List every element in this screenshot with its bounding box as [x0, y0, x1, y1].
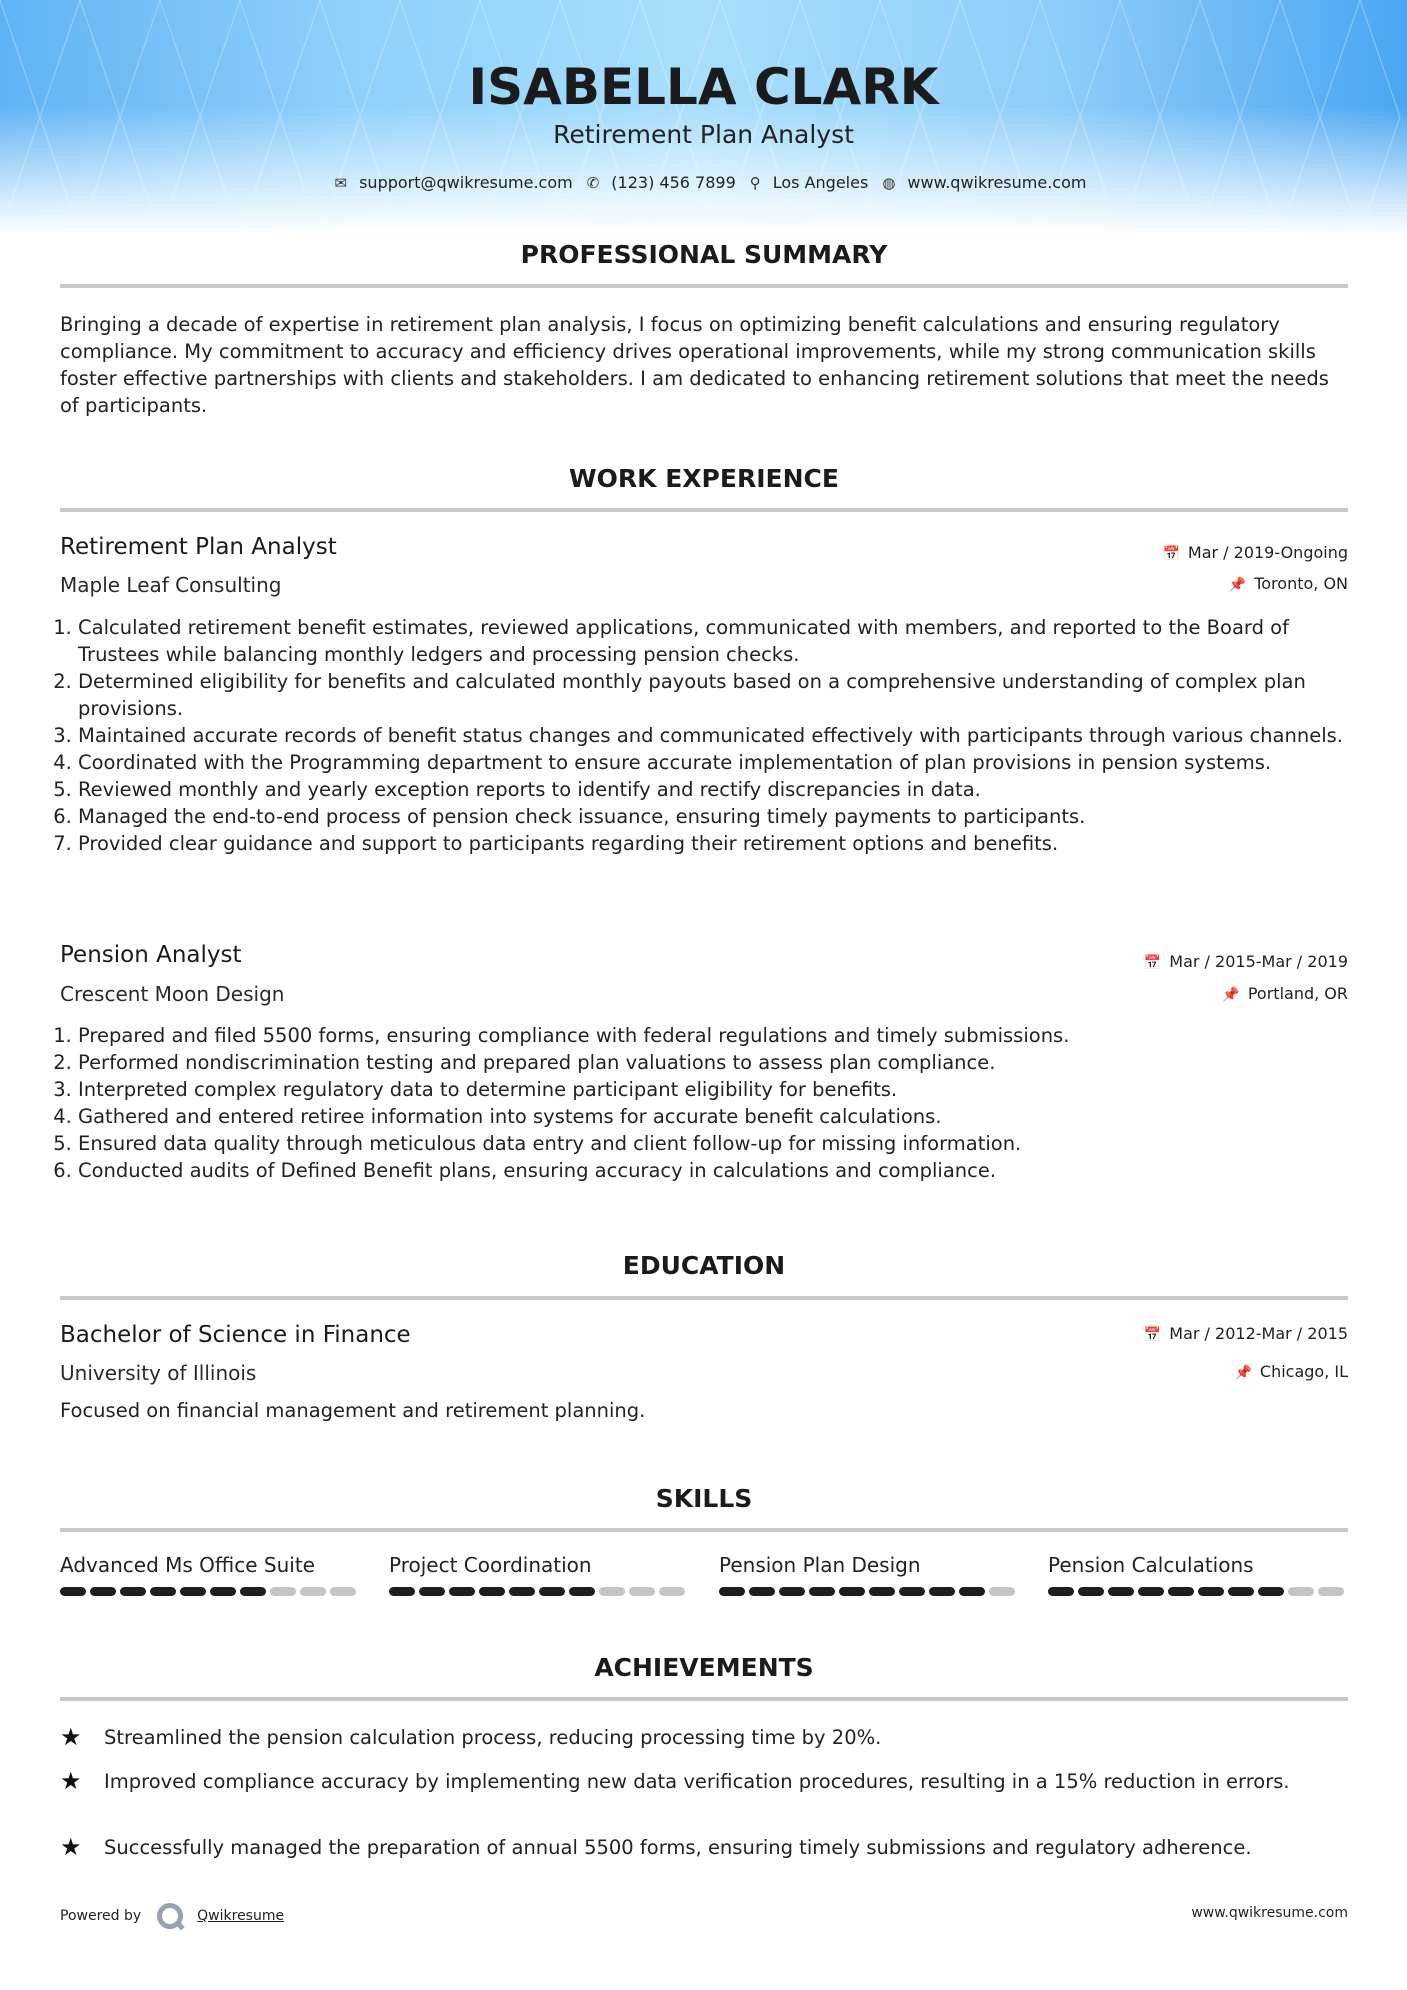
header-background: [0, 0, 1407, 235]
powered-by-label: Powered by: [60, 1908, 141, 1924]
job-dates: 📅Mar / 2015-Mar / 2019: [1144, 952, 1348, 971]
list-item: Maintained accurate records of benefit s…: [78, 722, 1368, 749]
skill-level-segment: [1168, 1587, 1194, 1596]
job-dates-text: Mar / 2019-Ongoing: [1188, 543, 1348, 562]
job-location: 📌Portland, OR: [1222, 984, 1348, 1003]
skill-level-segment: [599, 1587, 625, 1596]
degree-title: Bachelor of Science in Finance: [60, 1322, 411, 1348]
calendar-icon: 📅: [1144, 1327, 1161, 1343]
skill-level-segment: [120, 1587, 146, 1596]
achievement-text: Improved compliance accuracy by implemen…: [104, 1768, 1290, 1795]
skill-level-segment: [1198, 1587, 1224, 1596]
list-item: Reviewed monthly and yearly exception re…: [78, 776, 1368, 803]
skill-level-segment: [300, 1587, 326, 1596]
job-company: Crescent Moon Design: [60, 982, 284, 1006]
pushpin-icon: 📌: [1222, 987, 1239, 1003]
section-heading-skills: SKILLS: [60, 1484, 1348, 1513]
qwikresume-logo-icon: [157, 1903, 183, 1929]
education-location-text: Chicago, IL: [1260, 1362, 1348, 1381]
skill-level-segment: [839, 1587, 865, 1596]
list-item: Gathered and entered retiree information…: [78, 1103, 1368, 1130]
skill-level-segment: [1108, 1587, 1134, 1596]
skill-level-segment: [539, 1587, 565, 1596]
education-dates: 📅Mar / 2012-Mar / 2015: [1144, 1324, 1348, 1343]
job-bullets: Prepared and filed 5500 forms, ensuring …: [60, 1022, 1368, 1184]
education-dates-text: Mar / 2012-Mar / 2015: [1169, 1324, 1348, 1343]
calendar-icon: 📅: [1162, 546, 1179, 562]
section-divider: [60, 508, 1348, 512]
achievement-item: ★Streamlined the pension calculation pro…: [60, 1724, 1350, 1751]
summary-text: Bringing a decade of expertise in retire…: [60, 311, 1350, 419]
education-description: Focused on financial management and reti…: [60, 1397, 1350, 1424]
skill-name: Pension Plan Design: [719, 1553, 1019, 1577]
skill-level-segment: [719, 1587, 745, 1596]
skill-item: Advanced Ms Office Suite: [60, 1553, 360, 1596]
list-item: Managed the end-to-end process of pensio…: [78, 803, 1368, 830]
job-title: Pension Analyst: [60, 942, 242, 968]
job-location-text: Portland, OR: [1248, 984, 1348, 1003]
education-location: 📌Chicago, IL: [1234, 1362, 1348, 1381]
calendar-icon: 📅: [1144, 955, 1161, 971]
list-item: Provided clear guidance and support to p…: [78, 830, 1368, 857]
achievement-item: ★Improved compliance accuracy by impleme…: [60, 1768, 1350, 1795]
list-item: Prepared and filed 5500 forms, ensuring …: [78, 1022, 1368, 1049]
pushpin-icon: 📌: [1229, 577, 1246, 593]
skill-level-segment: [1228, 1587, 1254, 1596]
list-item: Calculated retirement benefit estimates,…: [78, 614, 1368, 668]
star-icon: ★: [60, 1724, 104, 1751]
job-title: Retirement Plan Analyst: [60, 534, 337, 560]
list-item: Ensured data quality through meticulous …: [78, 1130, 1368, 1157]
footer-powered-by: Powered by Qwikresume: [60, 1903, 284, 1929]
job-company: Maple Leaf Consulting: [60, 573, 281, 597]
contact-location: Los Angeles: [773, 173, 869, 192]
job-bullets: Calculated retirement benefit estimates,…: [60, 614, 1368, 857]
contact-website[interactable]: www.qwikresume.com: [907, 173, 1086, 192]
skill-level-segment: [629, 1587, 655, 1596]
skill-level-segment: [240, 1587, 266, 1596]
skill-level-segment: [449, 1587, 475, 1596]
globe-icon: ◍: [882, 174, 895, 192]
skill-level-segment: [929, 1587, 955, 1596]
skill-level-segment: [180, 1587, 206, 1596]
candidate-title: Retirement Plan Analyst: [0, 120, 1407, 149]
skill-level-segment: [389, 1587, 415, 1596]
job-dates-text: Mar / 2015-Mar / 2019: [1169, 952, 1348, 971]
contact-phone[interactable]: (123) 456 7899: [611, 173, 735, 192]
skill-level-segment: [899, 1587, 925, 1596]
section-divider: [60, 1528, 1348, 1532]
skill-level-segment: [1048, 1587, 1074, 1596]
skill-level-segment: [1138, 1587, 1164, 1596]
skill-level-segment: [1318, 1587, 1344, 1596]
achievement-item: ★Successfully managed the preparation of…: [60, 1834, 1350, 1861]
skill-level-meter: [60, 1587, 360, 1596]
job-location: 📌Toronto, ON: [1229, 574, 1348, 593]
skill-item: Pension Calculations: [1048, 1553, 1348, 1596]
section-heading-experience: WORK EXPERIENCE: [60, 464, 1348, 493]
contact-bar: ✉ support@qwikresume.com ✆ (123) 456 789…: [0, 173, 1407, 192]
skill-level-segment: [1078, 1587, 1104, 1596]
achievement-text: Successfully managed the preparation of …: [104, 1834, 1252, 1861]
section-heading-summary: PROFESSIONAL SUMMARY: [60, 240, 1348, 269]
phone-icon: ✆: [587, 174, 600, 192]
skill-name: Advanced Ms Office Suite: [60, 1553, 360, 1577]
geometric-pattern: [0, 0, 1407, 235]
envelope-icon: ✉: [335, 174, 348, 192]
skill-level-segment: [779, 1587, 805, 1596]
skill-level-segment: [659, 1587, 685, 1596]
skill-level-segment: [959, 1587, 985, 1596]
skill-level-segment: [479, 1587, 505, 1596]
skill-level-segment: [270, 1587, 296, 1596]
job-location-text: Toronto, ON: [1254, 574, 1348, 593]
list-item: Performed nondiscrimination testing and …: [78, 1049, 1368, 1076]
skill-level-segment: [509, 1587, 535, 1596]
skill-level-segment: [90, 1587, 116, 1596]
skill-level-meter: [1048, 1587, 1348, 1596]
skill-level-segment: [419, 1587, 445, 1596]
skill-level-segment: [150, 1587, 176, 1596]
skill-level-segment: [749, 1587, 775, 1596]
skill-level-segment: [869, 1587, 895, 1596]
skill-level-segment: [330, 1587, 356, 1596]
list-item: Interpreted complex regulatory data to d…: [78, 1076, 1368, 1103]
contact-email[interactable]: support@qwikresume.com: [359, 173, 573, 192]
skill-level-segment: [60, 1587, 86, 1596]
pushpin-icon: 📌: [1234, 1365, 1251, 1381]
skill-name: Project Coordination: [389, 1553, 689, 1577]
skill-level-meter: [719, 1587, 1019, 1596]
footer-website-link[interactable]: www.qwikresume.com: [1191, 1905, 1348, 1921]
list-item: Coordinated with the Programming departm…: [78, 749, 1368, 776]
achievement-text: Streamlined the pension calculation proc…: [104, 1724, 881, 1751]
skill-level-segment: [989, 1587, 1015, 1596]
job-dates: 📅Mar / 2019-Ongoing: [1162, 543, 1348, 562]
section-heading-education: EDUCATION: [60, 1251, 1348, 1280]
skill-item: Pension Plan Design: [719, 1553, 1019, 1596]
star-icon: ★: [60, 1768, 104, 1795]
section-heading-achievements: ACHIEVEMENTS: [60, 1653, 1348, 1682]
skill-level-meter: [389, 1587, 689, 1596]
skill-level-segment: [1288, 1587, 1314, 1596]
skill-name: Pension Calculations: [1048, 1553, 1348, 1577]
star-icon: ★: [60, 1834, 104, 1861]
skill-level-segment: [210, 1587, 236, 1596]
skill-level-segment: [1258, 1587, 1284, 1596]
section-divider: [60, 1697, 1348, 1701]
school-name: University of Illinois: [60, 1361, 256, 1385]
skill-level-segment: [569, 1587, 595, 1596]
list-item: Determined eligibility for benefits and …: [78, 668, 1368, 722]
skill-level-segment: [809, 1587, 835, 1596]
skill-item: Project Coordination: [389, 1553, 689, 1596]
section-divider: [60, 284, 1348, 288]
candidate-name: ISABELLA CLARK: [0, 58, 1407, 116]
qwikresume-link[interactable]: Qwikresume: [197, 1908, 284, 1924]
section-divider: [60, 1296, 1348, 1300]
list-item: Conducted audits of Defined Benefit plan…: [78, 1157, 1368, 1184]
map-pin-icon: ⚲: [750, 174, 761, 192]
